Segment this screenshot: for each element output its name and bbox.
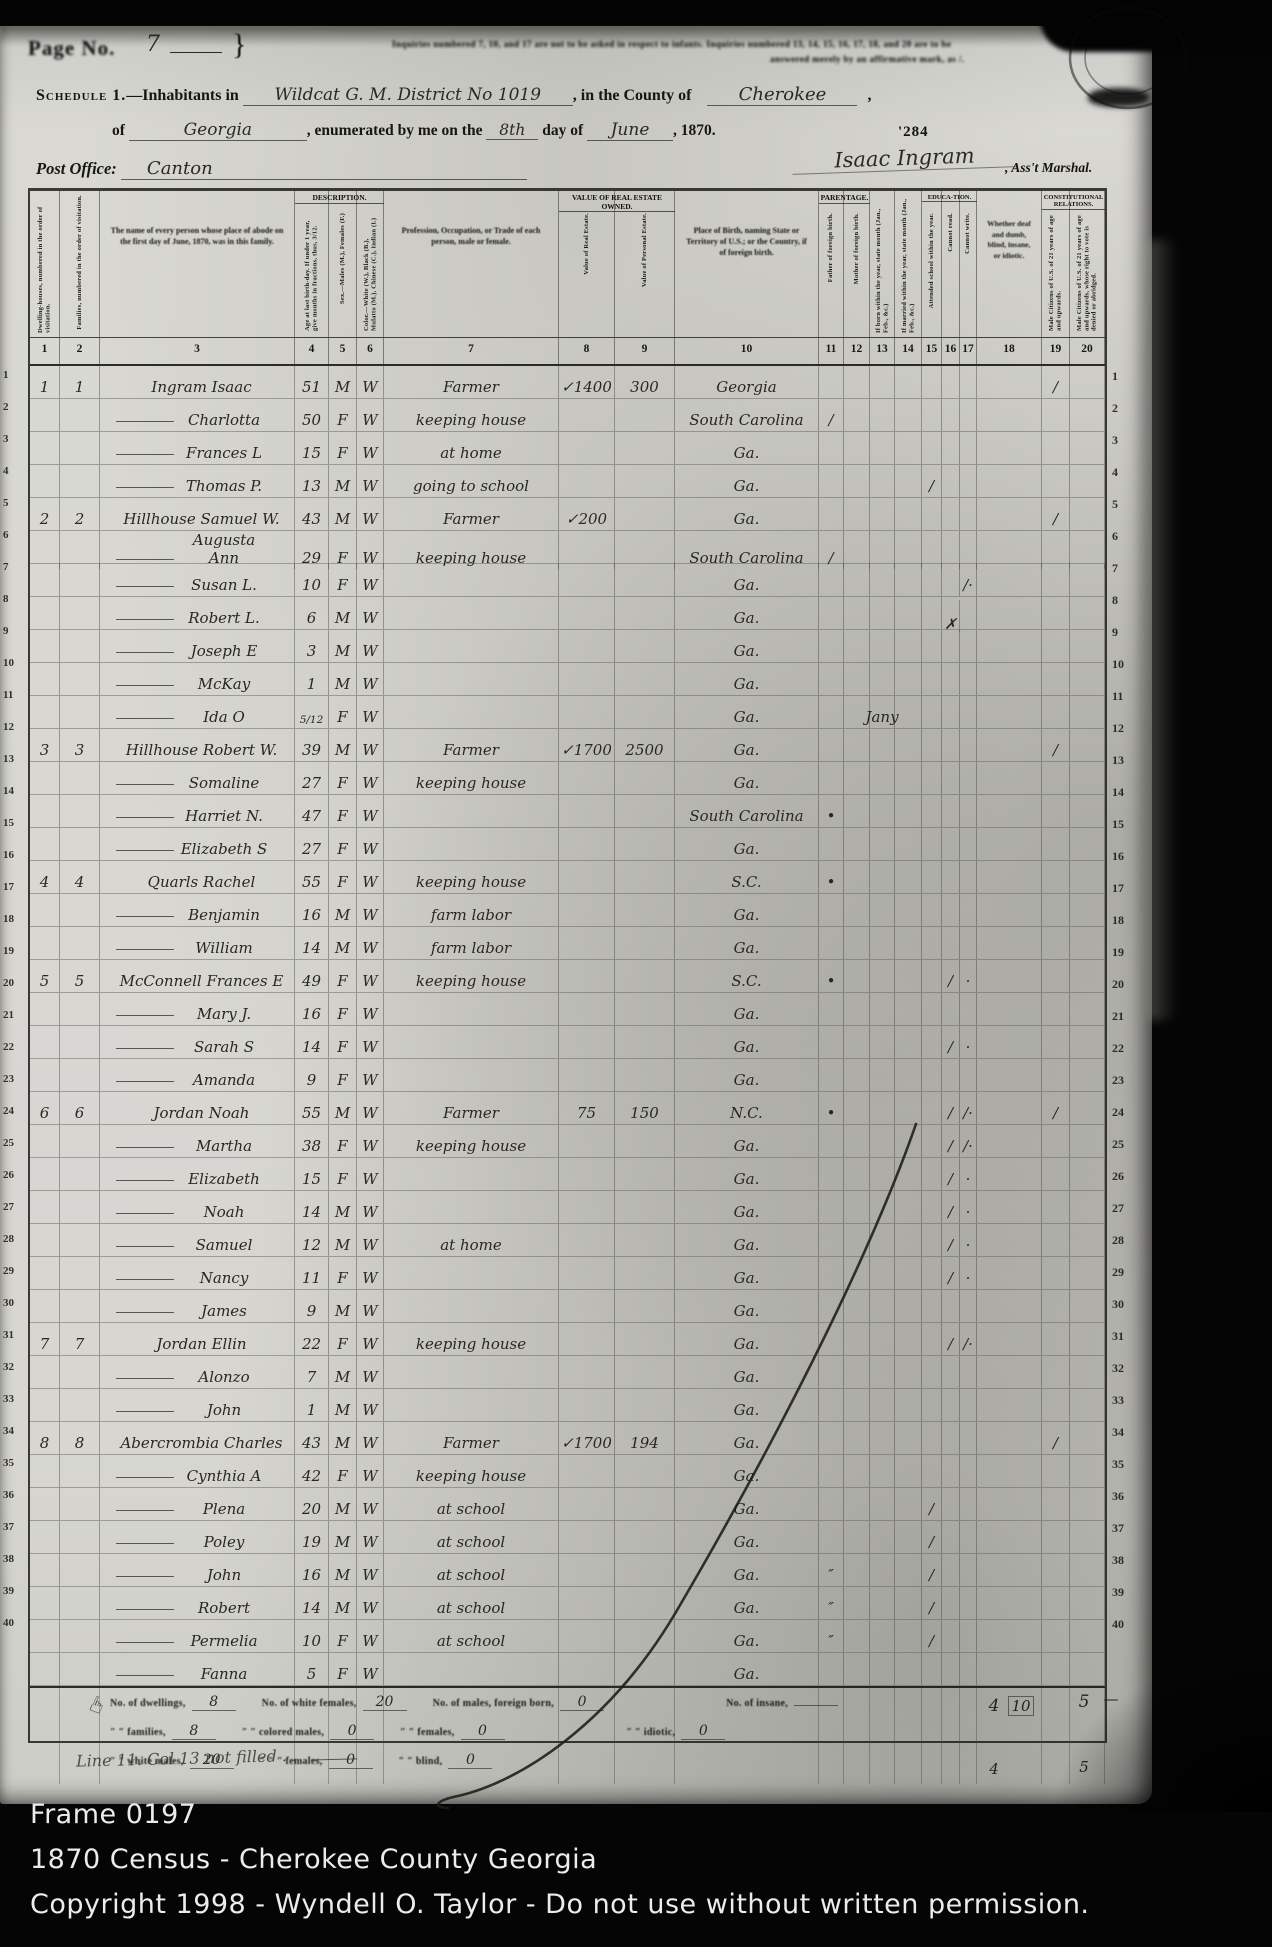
county-field: Cherokee bbox=[707, 84, 857, 106]
cell-married-month bbox=[895, 1290, 922, 1322]
stats-value: 20 bbox=[363, 1694, 407, 1711]
person-name: McKay bbox=[180, 675, 294, 693]
cell-dwelling-no bbox=[30, 432, 60, 464]
cell-real-estate bbox=[559, 861, 615, 893]
cell-birthplace: Ga. bbox=[675, 762, 819, 794]
cell-male-citizen bbox=[1042, 1059, 1070, 1091]
census-row: Robert 14 M W at school Ga. ″ / bbox=[30, 1587, 1105, 1620]
cell-birthplace: Ga. bbox=[675, 1356, 819, 1388]
cell-cannot-read bbox=[942, 1059, 960, 1091]
ditto-dash bbox=[116, 784, 174, 785]
cell-real-estate bbox=[559, 1158, 615, 1190]
cell-dwelling-no: 8 bbox=[30, 1422, 60, 1454]
cell-born-month bbox=[870, 597, 895, 629]
cell-name: Alonzo bbox=[100, 1356, 295, 1388]
cell-mother-foreign bbox=[844, 1059, 870, 1091]
cell-father-foreign bbox=[819, 828, 844, 860]
month-field: June bbox=[587, 120, 673, 141]
column-number: 10 bbox=[675, 338, 819, 364]
cell-attended-school bbox=[922, 399, 942, 431]
cell-occupation: keeping house bbox=[384, 960, 559, 992]
cell-cannot-write: /· bbox=[960, 564, 977, 596]
cell-married-month bbox=[895, 1323, 922, 1355]
ditto-dash bbox=[116, 1246, 174, 1247]
page-number-dash bbox=[170, 52, 222, 53]
cell-mother-foreign bbox=[844, 564, 870, 596]
cell-male-citizen bbox=[1042, 1587, 1070, 1619]
cell-male-citizen bbox=[1042, 861, 1070, 893]
cell-family-no bbox=[60, 1158, 100, 1190]
cell-deaf-dumb bbox=[977, 1191, 1042, 1223]
person-name: Robert bbox=[180, 1599, 294, 1617]
census-row: Ida O 5/12 F W Ga. Jany bbox=[30, 696, 1105, 729]
cell-age: 1 bbox=[295, 1389, 329, 1421]
cell-attended-school bbox=[922, 1125, 942, 1157]
cell-color: W bbox=[357, 1554, 384, 1586]
state-field: Georgia bbox=[129, 120, 307, 141]
cell-age: 39 bbox=[295, 729, 329, 761]
cell-name: Sarah S bbox=[100, 1026, 295, 1058]
cell-male-citizen bbox=[1042, 1620, 1070, 1652]
cell-birthplace: Ga. bbox=[675, 1290, 819, 1322]
cell-family-no: 3 bbox=[60, 729, 100, 761]
cell-deaf-dumb bbox=[977, 1059, 1042, 1091]
stats-value: 0 bbox=[681, 1723, 725, 1740]
cell-vote-denied bbox=[1070, 1158, 1105, 1190]
cell-attended-school bbox=[922, 564, 942, 596]
cell-sex: F bbox=[329, 1059, 357, 1091]
cell-color: W bbox=[357, 1257, 384, 1289]
census-row: 3 3 Hillhouse Robert W. 39 M W Farmer ✓1… bbox=[30, 729, 1105, 762]
cell-personal-estate bbox=[615, 1059, 675, 1091]
line-number: 8 bbox=[3, 586, 27, 618]
cell-personal-estate bbox=[615, 564, 675, 596]
cell-personal-estate: 300 bbox=[615, 366, 675, 398]
cell-cannot-write bbox=[960, 1389, 977, 1421]
cell-birthplace: Ga. bbox=[675, 1158, 819, 1190]
ditto-dash bbox=[116, 1312, 174, 1313]
cell-cannot-read bbox=[942, 1620, 960, 1652]
column-header-deaf-dumb: Whether deaf and dumb, blind, insane, or… bbox=[977, 191, 1042, 337]
cell-dwelling-no bbox=[30, 597, 60, 629]
column-header-real-estate: Value of Real Estate. bbox=[559, 191, 615, 337]
census-row: 4 4 Quarls Rachel 55 F W keeping house S… bbox=[30, 861, 1105, 894]
cell-deaf-dumb bbox=[977, 1092, 1042, 1124]
cell-born-month bbox=[870, 1554, 895, 1586]
cell-male-citizen bbox=[1042, 432, 1070, 464]
cell-born-month bbox=[870, 1653, 895, 1685]
cell-cannot-read bbox=[942, 861, 960, 893]
day-field: 8th bbox=[486, 121, 538, 140]
enumerated-label: , enumerated by me on the bbox=[307, 122, 483, 139]
cell-attended-school bbox=[922, 1422, 942, 1454]
cell-father-foreign bbox=[819, 993, 844, 1025]
cell-family-no bbox=[60, 1488, 100, 1520]
cell-sex: M bbox=[329, 927, 357, 959]
comma: , bbox=[867, 87, 871, 104]
cell-attended-school bbox=[922, 1092, 942, 1124]
line-number: 20 bbox=[3, 970, 27, 1002]
cell-color: W bbox=[357, 1290, 384, 1322]
cell-male-citizen bbox=[1042, 1125, 1070, 1157]
cell-vote-denied bbox=[1070, 1191, 1105, 1223]
cell-age: 42 bbox=[295, 1455, 329, 1487]
cell-attended-school bbox=[922, 960, 942, 992]
cell-name: Noah bbox=[100, 1191, 295, 1223]
cell-real-estate bbox=[559, 1224, 615, 1256]
cell-deaf-dumb bbox=[977, 894, 1042, 926]
cell-name: Elizabeth S bbox=[100, 828, 295, 860]
person-name: Elizabeth bbox=[180, 1170, 294, 1188]
line-number: 37 bbox=[1112, 1514, 1152, 1546]
cell-married-month bbox=[895, 1455, 922, 1487]
line-number: 30 bbox=[1112, 1290, 1152, 1322]
cell-married-month bbox=[895, 795, 922, 827]
column-header-mother-foreign: Mother of foreign birth. bbox=[844, 191, 870, 337]
cell-sex: M bbox=[329, 597, 357, 629]
cell-father-foreign: ″ bbox=[819, 1587, 844, 1619]
cell-attended-school bbox=[922, 696, 942, 728]
ditto-dash bbox=[116, 1279, 174, 1280]
cell-family-no bbox=[60, 630, 100, 662]
line-number: 1 bbox=[3, 362, 27, 394]
cell-occupation: keeping house bbox=[384, 399, 559, 431]
ditto-dash bbox=[116, 487, 174, 488]
cell-family-no bbox=[60, 762, 100, 794]
cell-real-estate bbox=[559, 993, 615, 1025]
cell-cannot-write bbox=[960, 993, 977, 1025]
line-number: 39 bbox=[3, 1578, 27, 1610]
cell-mother-foreign bbox=[844, 465, 870, 497]
line-number: 34 bbox=[3, 1418, 27, 1450]
cell-name: McConnell Frances E bbox=[100, 960, 295, 992]
person-name: Alonzo bbox=[180, 1368, 294, 1386]
cell-mother-foreign bbox=[844, 1026, 870, 1058]
cell-deaf-dumb bbox=[977, 663, 1042, 695]
cell-father-foreign: • bbox=[819, 795, 844, 827]
cell-name: Martha bbox=[100, 1125, 295, 1157]
cell-cannot-read: / bbox=[942, 1158, 960, 1190]
cell-cannot-read bbox=[942, 1488, 960, 1520]
cell-attended-school bbox=[922, 630, 942, 662]
cell-vote-denied bbox=[1070, 399, 1105, 431]
cell-occupation bbox=[384, 1356, 559, 1388]
cell-sex: M bbox=[329, 1224, 357, 1256]
cell-cannot-write bbox=[960, 1422, 977, 1454]
cell-born-month bbox=[870, 663, 895, 695]
cell-birthplace: Ga. bbox=[675, 927, 819, 959]
cell-color: W bbox=[357, 729, 384, 761]
cell-vote-denied bbox=[1070, 1125, 1105, 1157]
post-office-label: Post Office: bbox=[36, 159, 117, 178]
cell-real-estate bbox=[559, 1521, 615, 1553]
cell-vote-denied bbox=[1070, 861, 1105, 893]
cell-birthplace: S.C. bbox=[675, 960, 819, 992]
cell-vote-denied bbox=[1070, 993, 1105, 1025]
cell-family-no bbox=[60, 1290, 100, 1322]
cell-sex: F bbox=[329, 1125, 357, 1157]
cell-occupation: at school bbox=[384, 1554, 559, 1586]
cell-born-month bbox=[870, 1587, 895, 1619]
cell-cannot-read: / bbox=[942, 1026, 960, 1058]
cell-name: Frances L bbox=[100, 432, 295, 464]
cell-born-month bbox=[870, 993, 895, 1025]
person-name: Nancy bbox=[180, 1269, 294, 1287]
cell-real-estate bbox=[559, 696, 615, 728]
cell-married-month bbox=[895, 432, 922, 464]
cell-personal-estate bbox=[615, 663, 675, 695]
cell-vote-denied bbox=[1070, 1521, 1105, 1553]
cell-family-no bbox=[60, 1224, 100, 1256]
cell-married-month bbox=[895, 1356, 922, 1388]
cell-mother-foreign bbox=[844, 927, 870, 959]
cell-cannot-write bbox=[960, 1290, 977, 1322]
ditto-dash bbox=[116, 1576, 174, 1577]
cell-born-month bbox=[870, 729, 895, 761]
cell-age: 27 bbox=[295, 828, 329, 860]
cell-father-foreign bbox=[819, 366, 844, 398]
column-header-vote-denied: Male Citizens of U.S. of 21 years of age… bbox=[1070, 191, 1105, 337]
cell-sex: F bbox=[329, 432, 357, 464]
column-number: 15 bbox=[922, 338, 942, 364]
cell-birthplace: Ga. bbox=[675, 894, 819, 926]
cell-family-no bbox=[60, 1554, 100, 1586]
cell-married-month bbox=[895, 960, 922, 992]
cell-real-estate bbox=[559, 927, 615, 959]
column-number: 18 bbox=[977, 338, 1042, 364]
cell-male-citizen bbox=[1042, 663, 1070, 695]
cell-color: W bbox=[357, 1158, 384, 1190]
cell-mother-foreign bbox=[844, 1653, 870, 1685]
line-number: 36 bbox=[1112, 1482, 1152, 1514]
column-number: 11 bbox=[819, 338, 844, 364]
ditto-dash bbox=[116, 454, 174, 455]
cell-real-estate bbox=[559, 1125, 615, 1157]
cell-deaf-dumb bbox=[977, 1488, 1042, 1520]
cell-mother-foreign bbox=[844, 828, 870, 860]
cell-born-month bbox=[870, 1323, 895, 1355]
cell-dwelling-no bbox=[30, 564, 60, 596]
person-name: Fanna bbox=[180, 1665, 294, 1683]
cell-name: Robert L. bbox=[100, 597, 295, 629]
census-row: Benjamin 16 M W farm labor Ga. bbox=[30, 894, 1105, 927]
cell-deaf-dumb bbox=[977, 564, 1042, 596]
census-row: 7 7 Jordan Ellin 22 F W keeping house Ga… bbox=[30, 1323, 1105, 1356]
column-number: 8 bbox=[559, 338, 615, 364]
cell-occupation bbox=[384, 1158, 559, 1190]
cell-mother-foreign bbox=[844, 861, 870, 893]
column-number: 17 bbox=[960, 338, 977, 364]
cell-occupation bbox=[384, 630, 559, 662]
cell-dwelling-no bbox=[30, 1125, 60, 1157]
cell-male-citizen bbox=[1042, 1290, 1070, 1322]
left-line-numbers: 1234567891011121314151617181920212223242… bbox=[3, 362, 27, 1642]
cell-father-foreign bbox=[819, 1290, 844, 1322]
census-row: Robert L. 6 M W Ga. ✗ bbox=[30, 597, 1105, 630]
cell-color: W bbox=[357, 762, 384, 794]
stats-label: ″ ″ females, bbox=[400, 1727, 454, 1738]
cell-sex: M bbox=[329, 498, 357, 530]
cell-attended-school bbox=[922, 762, 942, 794]
table-header: Dwelling-houses, numbered in the order o… bbox=[30, 191, 1105, 338]
cell-born-month bbox=[870, 432, 895, 464]
cell-occupation: at school bbox=[384, 1587, 559, 1619]
column-number: 9 bbox=[615, 338, 675, 364]
line-number: 26 bbox=[3, 1162, 27, 1194]
cell-vote-denied bbox=[1070, 1620, 1105, 1652]
cell-occupation: at home bbox=[384, 432, 559, 464]
ditto-dash bbox=[116, 1510, 174, 1511]
cell-color: W bbox=[357, 1092, 384, 1124]
ditto-dash bbox=[116, 1180, 174, 1181]
cell-age: 7 bbox=[295, 1356, 329, 1388]
cell-real-estate: ✓1700 bbox=[559, 1422, 615, 1454]
cell-married-month bbox=[895, 1521, 922, 1553]
cell-cannot-write bbox=[960, 696, 977, 728]
column-number: 3 bbox=[100, 338, 295, 364]
cell-deaf-dumb bbox=[977, 1422, 1042, 1454]
line-number: 26 bbox=[1112, 1162, 1152, 1194]
line-number: 33 bbox=[1112, 1386, 1152, 1418]
cell-birthplace: South Carolina bbox=[675, 399, 819, 431]
group-header-constitutional: Constitutional Relations. bbox=[1042, 194, 1105, 210]
line-number: 25 bbox=[3, 1130, 27, 1162]
cell-sex: F bbox=[329, 861, 357, 893]
cell-married-month bbox=[895, 894, 922, 926]
cell-vote-denied bbox=[1070, 597, 1105, 629]
cell-sex: M bbox=[329, 1092, 357, 1124]
person-name: Augusta Ann bbox=[180, 531, 294, 567]
marshal-title: , Ass't Marshal. bbox=[1005, 160, 1092, 176]
cell-sex: M bbox=[329, 663, 357, 695]
cell-personal-estate bbox=[615, 630, 675, 662]
cell-family-no: 6 bbox=[60, 1092, 100, 1124]
cell-personal-estate bbox=[615, 1521, 675, 1553]
cell-personal-estate bbox=[615, 1653, 675, 1685]
cell-family-no bbox=[60, 927, 100, 959]
census-row: Fanna 5 F W Ga. bbox=[30, 1653, 1105, 1686]
cell-personal-estate: 194 bbox=[615, 1422, 675, 1454]
person-name: Susan L. bbox=[180, 576, 294, 594]
cell-sex: F bbox=[329, 1455, 357, 1487]
cell-cannot-read bbox=[942, 1521, 960, 1553]
cell-birthplace: Ga. bbox=[675, 1587, 819, 1619]
cell-family-no: 7 bbox=[60, 1323, 100, 1355]
cell-dwelling-no bbox=[30, 465, 60, 497]
cell-father-foreign bbox=[819, 630, 844, 662]
cell-father-foreign bbox=[819, 1059, 844, 1091]
cell-deaf-dumb bbox=[977, 993, 1042, 1025]
cell-color: W bbox=[357, 1488, 384, 1520]
column-header-occupation: Profession, Occupation, or Trade of each… bbox=[384, 191, 559, 337]
person-name: Ingram Isaac bbox=[151, 378, 251, 396]
cell-real-estate: ✓1700 bbox=[559, 729, 615, 761]
cell-occupation bbox=[384, 1389, 559, 1421]
cell-deaf-dumb bbox=[977, 1356, 1042, 1388]
cell-sex: F bbox=[329, 399, 357, 431]
cell-real-estate bbox=[559, 432, 615, 464]
cell-mother-foreign bbox=[844, 1290, 870, 1322]
cell-cannot-write: · bbox=[960, 1191, 977, 1223]
line-number: 15 bbox=[3, 810, 27, 842]
cell-dwelling-no bbox=[30, 927, 60, 959]
cell-cannot-read bbox=[942, 795, 960, 827]
line-number: 23 bbox=[1112, 1066, 1152, 1098]
cell-real-estate bbox=[559, 1323, 615, 1355]
cell-occupation bbox=[384, 1290, 559, 1322]
cell-age: 13 bbox=[295, 465, 329, 497]
cell-male-citizen bbox=[1042, 1323, 1070, 1355]
cell-occupation: at school bbox=[384, 1620, 559, 1652]
cell-cannot-read bbox=[942, 366, 960, 398]
census-row: John 1 M W Ga. bbox=[30, 1389, 1105, 1422]
cell-family-no bbox=[60, 993, 100, 1025]
cell-dwelling-no bbox=[30, 1455, 60, 1487]
ditto-dash bbox=[116, 652, 174, 653]
cell-personal-estate bbox=[615, 399, 675, 431]
cell-cannot-read bbox=[942, 564, 960, 596]
cell-male-citizen: / bbox=[1042, 729, 1070, 761]
ditto-dash bbox=[116, 421, 174, 422]
cell-cannot-read: / bbox=[942, 960, 960, 992]
stats-label: ″ ″ colored males, bbox=[242, 1727, 324, 1738]
cell-male-citizen bbox=[1042, 1389, 1070, 1421]
cell-vote-denied bbox=[1070, 1257, 1105, 1289]
cell-age: 10 bbox=[295, 1620, 329, 1652]
cell-name: Benjamin bbox=[100, 894, 295, 926]
cell-birthplace: Ga. bbox=[675, 597, 819, 629]
cell-occupation bbox=[384, 1191, 559, 1223]
ditto-dash bbox=[116, 586, 174, 587]
cell-personal-estate bbox=[615, 795, 675, 827]
cell-family-no bbox=[60, 795, 100, 827]
cell-dwelling-no: 6 bbox=[30, 1092, 60, 1124]
cell-cannot-read: / bbox=[942, 1323, 960, 1355]
cell-real-estate bbox=[559, 1356, 615, 1388]
cell-occupation: Farmer bbox=[384, 729, 559, 761]
cell-attended-school: / bbox=[922, 1587, 942, 1619]
cell-family-no: 2 bbox=[60, 498, 100, 530]
cell-real-estate bbox=[559, 663, 615, 695]
stats-label: No. of males, foreign born, bbox=[433, 1698, 555, 1709]
cell-name: Jordan Ellin bbox=[100, 1323, 295, 1355]
line-number: 40 bbox=[3, 1610, 27, 1642]
cell-vote-denied bbox=[1070, 729, 1105, 761]
cell-family-no bbox=[60, 1620, 100, 1652]
cell-family-no bbox=[60, 1653, 100, 1685]
census-row: Poley 19 M W at school Ga. / bbox=[30, 1521, 1105, 1554]
cell-dwelling-no bbox=[30, 1653, 60, 1685]
cell-personal-estate bbox=[615, 828, 675, 860]
cell-vote-denied bbox=[1070, 1323, 1105, 1355]
cell-married-month bbox=[895, 993, 922, 1025]
cell-sex: M bbox=[329, 894, 357, 926]
cell-mother-foreign bbox=[844, 894, 870, 926]
cell-attended-school bbox=[922, 1191, 942, 1223]
cell-father-foreign: • bbox=[819, 960, 844, 992]
cell-mother-foreign bbox=[844, 498, 870, 530]
person-name: Amanda bbox=[180, 1071, 294, 1089]
group-header-description: Description. bbox=[295, 194, 384, 204]
cell-mother-foreign bbox=[844, 762, 870, 794]
cell-family-no bbox=[60, 1125, 100, 1157]
ditto-dash bbox=[116, 1477, 174, 1478]
census-row: Frances L 15 F W at home Ga. bbox=[30, 432, 1105, 465]
cell-sex: M bbox=[329, 729, 357, 761]
column-header-age: Age at last birth-day. If under 1 year, … bbox=[295, 191, 329, 337]
cell-age: 20 bbox=[295, 1488, 329, 1520]
cell-dwelling-no: 5 bbox=[30, 960, 60, 992]
